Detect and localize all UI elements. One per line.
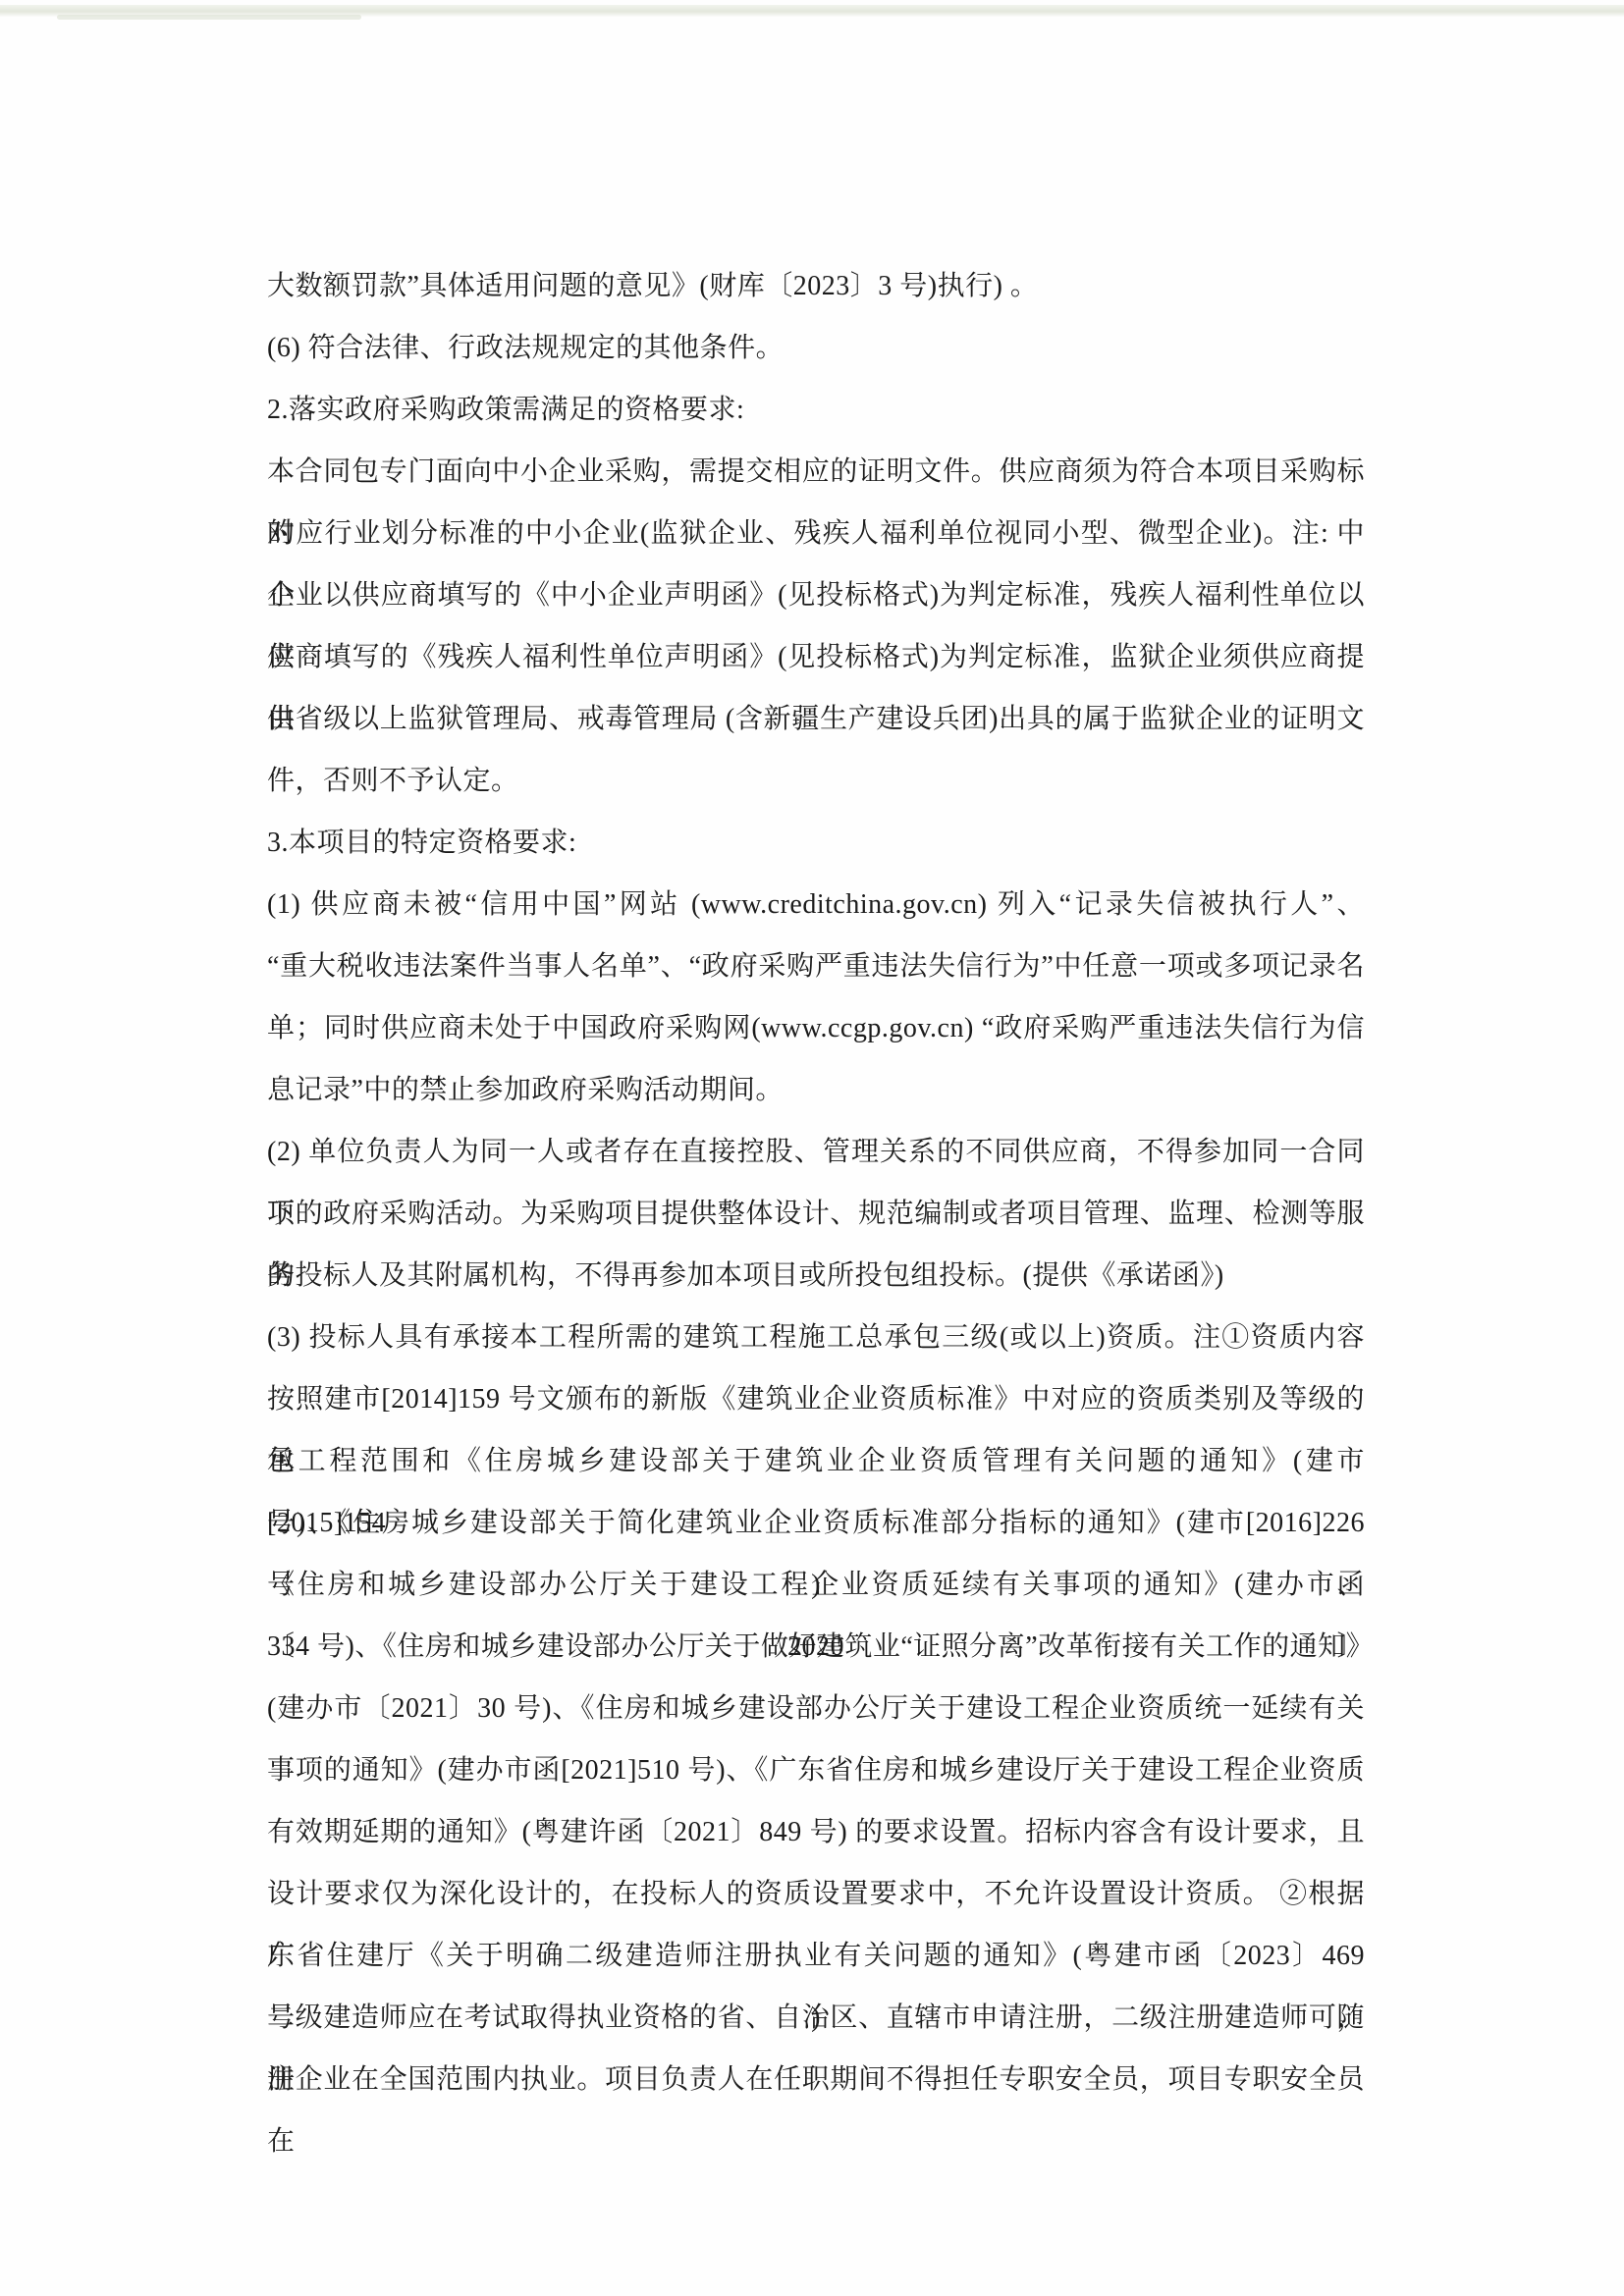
text-line: 按照建市[2014]159 号文颁布的新版《建筑业企业资质标准》中对应的资质类别…: [267, 1368, 1365, 1430]
document-text-block: 大数额罚款”具体适用问题的意见》(财库〔2023〕3 号)执行) 。 (6) 符…: [267, 255, 1365, 2110]
text-line: 大数额罚款”具体适用问题的意见》(财库〔2023〕3 号)执行) 。: [267, 255, 1365, 317]
text-line: (6) 符合法律、行政法规规定的其他条件。: [267, 317, 1365, 379]
text-line: 事项的通知》(建办市函[2021]510 号)、《广东省住房和城乡建设厅关于建设…: [267, 1739, 1365, 1801]
text-line: 下的政府采购活动。为采购项目提供整体设计、规范编制或者项目管理、监理、检测等服务: [267, 1183, 1365, 1245]
text-line: (建办市〔2021〕30 号)、《住房和城乡建设部办公厅关于建设工程企业资质统一…: [267, 1678, 1365, 1739]
text-line: 件，否则不予认定。: [267, 750, 1365, 812]
text-line: 3.本项目的特定资格要求:: [267, 812, 1365, 874]
text-line: 设计要求仅为深化设计的，在投标人的资质设置要求中，不允许设置设计资质。 ②根据广: [267, 1863, 1365, 1925]
document-page: 大数额罚款”具体适用问题的意见》(财库〔2023〕3 号)执行) 。 (6) 符…: [0, 0, 1624, 2296]
text-line: 本合同包专门面向中小企业采购，需提交相应的证明文件。供应商须为符合本项目采购标的: [267, 441, 1365, 503]
text-line: 《住房和城乡建设部办公厅关于建设工程企业资质延续有关事项的通知》(建办市函〔20…: [267, 1554, 1365, 1616]
text-line: 单；同时供应商未处于中国政府采购网(www.ccgp.gov.cn) “政府采购…: [267, 997, 1365, 1059]
text-line: 企业以供应商填写的《中小企业声明函》(见投标格式)为判定标准，残疾人福利性单位以…: [267, 564, 1365, 626]
text-line: 应商填写的《残疾人福利性单位声明函》(见投标格式)为判定标准，监狱企业须供应商提…: [267, 626, 1365, 688]
text-line: 2.落实政府采购政策需满足的资格要求:: [267, 379, 1365, 441]
text-line: (1) 供应商未被“信用中国”网站 (www.creditchina.gov.c…: [267, 874, 1365, 935]
text-line: (3) 投标人具有承接本工程所需的建筑工程施工总承包三级(或以上)资质。注①资质…: [267, 1307, 1365, 1368]
text-line: 包工程范围和《住房城乡建设部关于建筑业企业资质管理有关问题的通知》(建市[201…: [267, 1430, 1365, 1492]
text-line: 二级建造师应在考试取得执业资格的省、自治区、直辖市申请注册，二级注册建造师可随注: [267, 1987, 1365, 2049]
text-line: 的投标人及其附属机构，不得再参加本项目或所投包组投标。(提供《承诺函》): [267, 1245, 1365, 1307]
text-line: 号)、《住房城乡建设部关于简化建筑业企业资质标准部分指标的通知》(建市[2016…: [267, 1492, 1365, 1554]
text-line: 有效期延期的通知》(粤建许函〔2021〕849 号) 的要求设置。招标内容含有设…: [267, 1801, 1365, 1863]
scan-edge-smudge: [57, 15, 361, 20]
text-line: 息记录”中的禁止参加政府采购活动期间。: [267, 1059, 1365, 1121]
text-line: 册企业在全国范围内执业。项目负责人在任职期间不得担任专职安全员，项目专职安全员在: [267, 2049, 1365, 2110]
text-line: (2) 单位负责人为同一人或者存在直接控股、管理关系的不同供应商，不得参加同一合…: [267, 1121, 1365, 1183]
text-line: 东省住建厅《关于明确二级建造师注册执业有关问题的通知》(粤建市函〔2023〕46…: [267, 1925, 1365, 1987]
text-line: 334 号)、《住房和城乡建设部办公厅关于做好建筑业“证照分离”改革衔接有关工作…: [267, 1616, 1365, 1678]
text-line: “重大税收违法案件当事人名单”、“政府采购严重违法失信行为”中任意一项或多项记录…: [267, 935, 1365, 997]
text-line: 由省级以上监狱管理局、戒毒管理局 (含新疆生产建设兵团)出具的属于监狱企业的证明…: [267, 688, 1365, 750]
text-line: 对应行业划分标准的中小企业(监狱企业、残疾人福利单位视同小型、微型企业)。注: …: [267, 503, 1365, 564]
